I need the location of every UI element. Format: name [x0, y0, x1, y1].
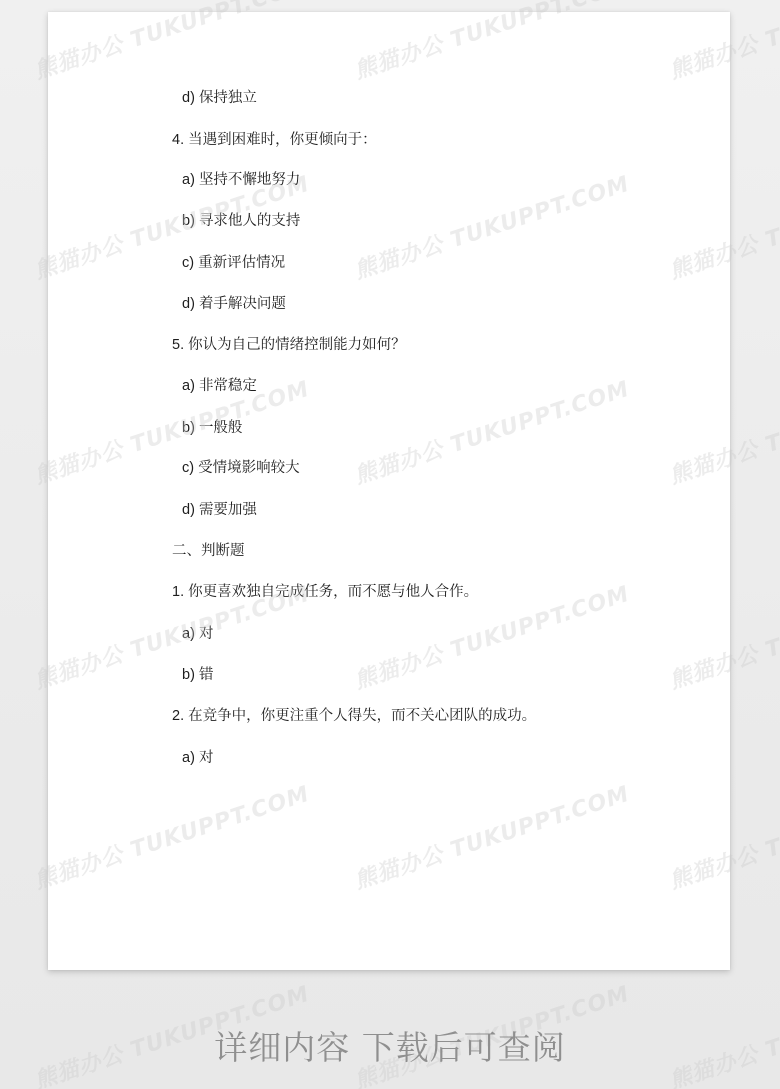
- option-line: d) 着手解决问题: [182, 295, 286, 313]
- document-page: d) 保持独立 4. 当遇到困难时，你更倾向于： a) 坚持不懈地努力 b) 寻…: [48, 12, 730, 970]
- option-text: 非常稳定: [199, 378, 257, 394]
- option-line: b) 错: [182, 666, 213, 684]
- question-number: 5.: [172, 337, 184, 353]
- option-marker: b): [182, 420, 195, 436]
- option-marker: a): [182, 626, 195, 642]
- option-marker: d): [182, 296, 195, 312]
- option-text: 寻求他人的支持: [199, 213, 301, 229]
- page-edge: [48, 872, 50, 970]
- option-line: b) 一般般: [182, 419, 242, 437]
- option-text: 对: [199, 750, 214, 766]
- document-content: d) 保持独立 4. 当遇到困难时，你更倾向于： a) 坚持不懈地努力 b) 寻…: [48, 12, 730, 970]
- option-marker: a): [182, 378, 195, 394]
- question-number: 1.: [172, 584, 184, 600]
- option-marker: b): [182, 213, 195, 229]
- option-text: 坚持不懈地努力: [199, 172, 301, 188]
- option-marker: d): [182, 90, 195, 106]
- option-line: b) 寻求他人的支持: [182, 212, 300, 230]
- question-number: 2.: [172, 708, 184, 724]
- option-text: 一般般: [199, 420, 243, 436]
- option-line: a) 非常稳定: [182, 377, 257, 395]
- option-marker: a): [182, 172, 195, 188]
- option-line: d) 保持独立: [182, 89, 257, 107]
- question-text: 在竞争中，你更注重个人得失，而不关心团队的成功。: [188, 708, 536, 724]
- option-line: d) 需要加强: [182, 501, 257, 519]
- option-text: 对: [199, 626, 214, 642]
- question-text: 你认为自己的情绪控制能力如何？: [188, 337, 406, 353]
- question-line: 4. 当遇到困难时，你更倾向于：: [172, 131, 377, 149]
- question-line: 1. 你更喜欢独自完成任务，而不愿与他人合作。: [172, 583, 478, 601]
- option-line: a) 对: [182, 749, 213, 767]
- question-line: 2. 在竞争中，你更注重个人得失，而不关心团队的成功。: [172, 707, 536, 725]
- option-marker: c): [182, 460, 194, 476]
- question-text: 当遇到困难时，你更倾向于：: [188, 132, 377, 148]
- question-text: 你更喜欢独自完成任务，而不愿与他人合作。: [188, 584, 478, 600]
- option-marker: d): [182, 502, 195, 518]
- download-prompt: 详细内容 下载后可查阅: [0, 1022, 780, 1069]
- option-line: a) 坚持不懈地努力: [182, 171, 300, 189]
- option-text: 保持独立: [199, 90, 257, 106]
- option-text: 重新评估情况: [198, 255, 285, 271]
- option-marker: b): [182, 667, 195, 683]
- option-line: a) 对: [182, 625, 213, 643]
- option-text: 错: [199, 667, 214, 683]
- question-line: 5. 你认为自己的情绪控制能力如何？: [172, 336, 406, 354]
- option-text: 需要加强: [199, 502, 257, 518]
- section-title: 二、判断题: [172, 543, 245, 559]
- option-line: c) 重新评估情况: [182, 254, 285, 272]
- option-marker: a): [182, 750, 195, 766]
- question-number: 4.: [172, 132, 184, 148]
- option-line: c) 受情境影响较大: [182, 459, 300, 477]
- option-text: 着手解决问题: [199, 296, 286, 312]
- option-marker: c): [182, 255, 194, 271]
- option-text: 受情境影响较大: [198, 460, 300, 476]
- section-heading: 二、判断题: [172, 542, 245, 560]
